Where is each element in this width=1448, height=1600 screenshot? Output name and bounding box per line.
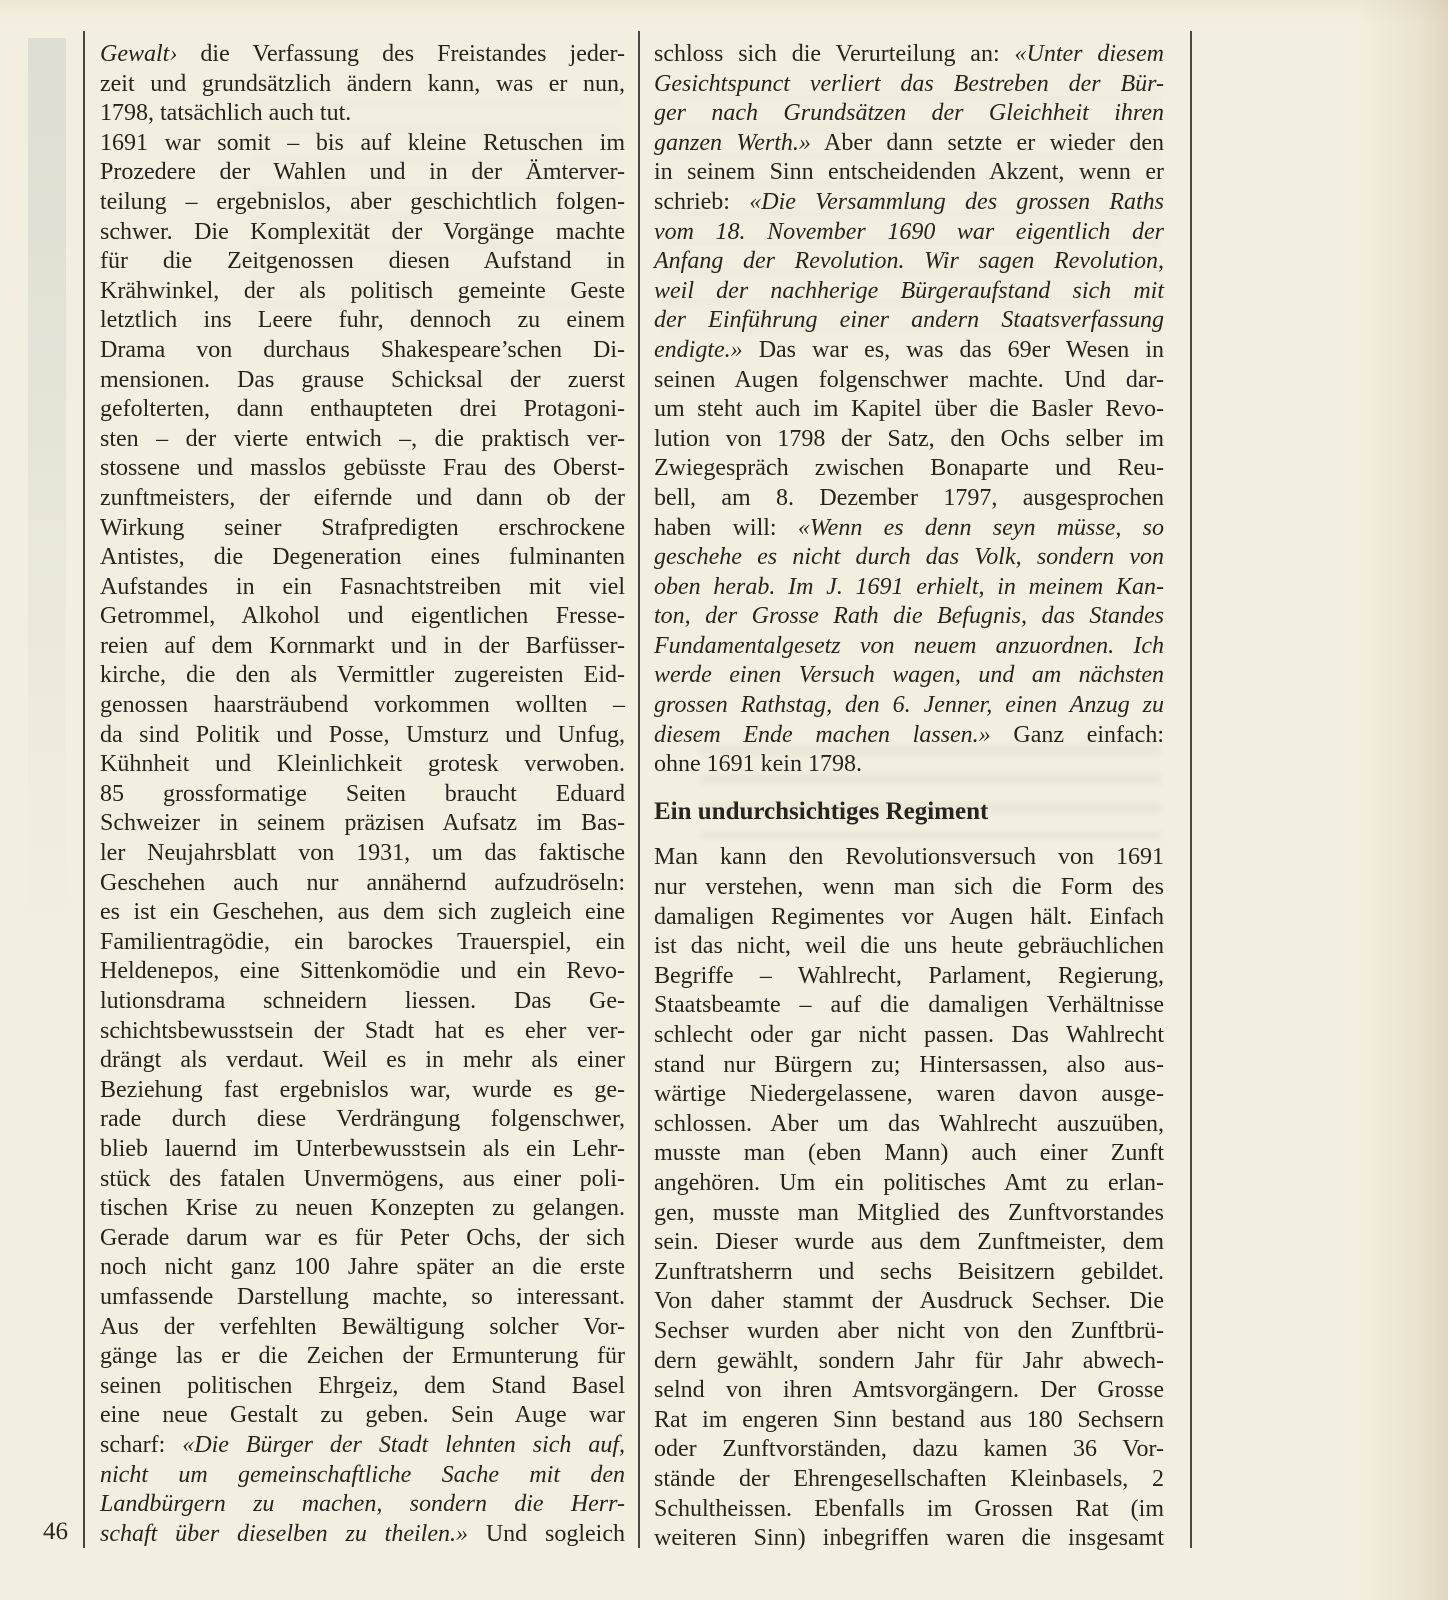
text-line: lution von 1798 der Satz, den Ochs selbe… [654,425,1164,455]
text-line: schlossen. Aber um das Wahlrecht auszuüb… [654,1110,1164,1140]
text-line: stossene und masslos gebüsste Frau des O… [100,454,625,484]
text-line: ger nach Grundsätzen der Gleichheit ihre… [654,99,1164,129]
text-line: seinen politischen Ehrgeiz, dem Stand Ba… [100,1372,625,1402]
text-line: Aus der verfehlten Bewältigung solcher V… [100,1313,625,1343]
text-line: da sind Politik und Posse, Umsturz und U… [100,721,625,751]
text-line: grossen Rathstag, den 6. Jenner, einen A… [654,691,1164,721]
text-line: in seinem Sinn entscheidenden Akzent, we… [654,158,1164,188]
text-line: Gesichtspunct verliert das Bestreben der… [654,70,1164,100]
text-line: nicht um gemeinschaftliche Sache mit den [100,1461,625,1491]
text-line: für die Zeitgenossen diesen Aufstand in [100,247,625,277]
text-line: ganzen Werth.» Aber dann setzte er wiede… [654,129,1164,159]
text-line: ton, der Grosse Rath die Befugnis, das S… [654,602,1164,632]
text-line: diesem Ende machen lassen.» Ganz einfach… [654,721,1164,751]
text-line: ler Neujahrsblatt von 1931, um das fakti… [100,839,625,869]
text-line: ohne 1691 kein 1798. [654,750,1164,780]
text-line: Von daher stammt der Ausdruck Sechser. D… [654,1287,1164,1317]
text-line: es ist ein Geschehen, aus dem sich zugle… [100,898,625,928]
page-number: 46 [18,1517,68,1547]
text-line: lutionsdrama schneidern liessen. Das Ge- [100,987,625,1017]
text-line: gen, musste man Mitglied des Zunftvorsta… [654,1199,1164,1229]
text-line: schichtsbewusstsein der Stadt hat es ehe… [100,1017,625,1047]
left-margin-rule [83,31,85,1548]
text-line: Zunftratsherrn und sechs Beisitzern gebi… [654,1258,1164,1288]
text-line: um steht auch im Kapitel über die Basler… [654,395,1164,425]
text-line: stück des fatalen Unvermögens, aus einer… [100,1165,625,1195]
text-line: angehören. Um ein politisches Amt zu erl… [654,1169,1164,1199]
text-line: scharf: «Die Bürger der Stadt lehnten si… [100,1431,625,1461]
text-line: mensionen. Das grause Schicksal der zuer… [100,366,625,396]
text-line: musste man (eben Mann) auch einer Zunft [654,1139,1164,1169]
section-heading: Ein undurchsichtiges Regiment [654,797,1164,827]
text-line: Schweizer in seinem präzisen Aufsatz im … [100,809,625,839]
text-line: werde einen Versuch wagen, und am nächst… [654,661,1164,691]
text-line: 1691 war somit – bis auf kleine Retusche… [100,129,625,159]
text-line: reien auf dem Kornmarkt und in der Barfü… [100,632,625,662]
text-line: tischen Krise zu neuen Konzepten zu gela… [100,1194,625,1224]
text-line: blieb lauernd im Unterbewusstsein als ei… [100,1135,625,1165]
text-line: gefolterten, dann enthaupteten drei Prot… [100,395,625,425]
page-top-shading [0,0,1448,26]
text-line: sein. Dieser wurde aus dem Zunftmeister,… [654,1228,1164,1258]
text-line: 1798, tatsächlich auch tut. [100,99,625,129]
text-line: drängt als verdaut. Weil es in mehr als … [100,1046,625,1076]
text-line: endigte.» Das war es, was das 69er Wesen… [654,336,1164,366]
text-line: oder Zunftvorständen, dazu kamen 36 Vor- [654,1435,1164,1465]
text-line: Gewalt› die Verfassung des Freistandes j… [100,40,625,70]
text-line: Getrommel, Alkohol und eigentlichen Fres… [100,602,625,632]
scanned-book-page: Gewalt› die Verfassung des Freistandes j… [0,0,1448,1600]
text-line: 85 grossformatige Seiten braucht Eduard [100,780,625,810]
text-line: sten – der vierte entwich –, die praktis… [100,425,625,455]
text-line: seinen Augen folgenschwer machte. Und da… [654,366,1164,396]
text-line: letztlich ins Leere fuhr, dennoch zu ein… [100,306,625,336]
text-line: geschehe es nicht durch das Volk, sonder… [654,543,1164,573]
text-line: noch nicht ganz 100 Jahre später an die … [100,1253,625,1283]
page-edge-shading [1358,0,1448,1600]
text-line: gänge las er die Zeichen der Ermunterung… [100,1342,625,1372]
text-line: Prozedere der Wahlen und in der Ämterver… [100,158,625,188]
text-line: genossen haarsträubend vorkommen wollten… [100,691,625,721]
right-column: schloss sich die Verurteilung an: «Unter… [654,40,1164,1554]
text-line: zunftmeisters, der eifernde und dann ob … [100,484,625,514]
text-line: teilung – ergebnislos, aber geschichtlic… [100,188,625,218]
text-line: vom 18. November 1690 war eigentlich der [654,218,1164,248]
text-line: bell, am 8. Dezember 1797, ausgesprochen [654,484,1164,514]
text-line: Anfang der Revolution. Wir sagen Revolut… [654,247,1164,277]
text-line: Wirkung seiner Strafpredigten erschrocke… [100,514,625,544]
text-line: Heldenepos, eine Sittenkomödie und ein R… [100,957,625,987]
text-line: schrieb: «Die Versammlung des grossen Ra… [654,188,1164,218]
text-line: schlecht oder gar nicht passen. Das Wahl… [654,1021,1164,1051]
text-line: rade durch diese Verdrängung folgenschwe… [100,1105,625,1135]
text-line: umfassende Darstellung machte, so intere… [100,1283,625,1313]
text-line: Begriffe – Wahlrecht, Parlament, Regieru… [654,962,1164,992]
text-line: dern gewählt, sondern Jahr für Jahr abwe… [654,1347,1164,1377]
text-line: Schultheissen. Ebenfalls im Grossen Rat … [654,1495,1164,1525]
text-line: Beziehung fast ergebnislos war, wurde es… [100,1076,625,1106]
show-through-margin-band [28,38,66,948]
text-line: Geschehen auch nur annähernd aufzudrösel… [100,869,625,899]
text-line: haben will: «Wenn es denn seyn müsse, so [654,514,1164,544]
text-line: der Einführung einer andern Staatsverfas… [654,306,1164,336]
left-column: Gewalt› die Verfassung des Freistandes j… [100,40,625,1549]
text-line: schwer. Die Komplexität der Vorgänge mac… [100,218,625,248]
text-line: schaft über dieselben zu theilen.» Und s… [100,1520,625,1550]
text-line: Gerade darum war es für Peter Ochs, der … [100,1224,625,1254]
right-margin-rule [1190,31,1192,1548]
text-line: zeit und grundsätzlich ändern kann, was … [100,70,625,100]
text-line: damaligen Regimentes vor Augen hält. Ein… [654,903,1164,933]
text-line: Zwiegespräch zwischen Bonaparte und Reu- [654,454,1164,484]
text-line: nur verstehen, wenn man sich die Form de… [654,873,1164,903]
text-line: stände der Ehrengesellschaften Kleinbase… [654,1465,1164,1495]
text-line: wärtige Niedergelassene, waren davon aus… [654,1080,1164,1110]
text-line: schloss sich die Verurteilung an: «Unter… [654,40,1164,70]
text-line: weil der nachherige Bürgeraufstand sich … [654,277,1164,307]
text-line: kirche, die den als Vermittler zugereist… [100,661,625,691]
text-line: oben herab. Im J. 1691 erhielt, in meine… [654,573,1164,603]
text-line: Familientragödie, ein barockes Trauerspi… [100,928,625,958]
text-line: selnd von ihren Amtsvorgängern. Der Gros… [654,1376,1164,1406]
text-line: Krähwinkel, der als politisch gemeinte G… [100,277,625,307]
text-line: Aufstandes in ein Fasnachtstreiben mit v… [100,573,625,603]
text-line: Sechser wurden aber nicht von den Zunftb… [654,1317,1164,1347]
text-line: Drama von durchaus Shakespeare’schen Di- [100,336,625,366]
text-line: Fundamentalgesetz von neuem anzuordnen. … [654,632,1164,662]
column-divider-rule [638,31,640,1548]
text-line: Staatsbeamte – auf die damaligen Verhält… [654,991,1164,1021]
text-line: ist das nicht, weil die uns heute gebräu… [654,932,1164,962]
text-line: Landbürgern zu machen, sondern die Herr- [100,1490,625,1520]
text-line: Kühnheit und Kleinlichkeit grotesk verwo… [100,750,625,780]
text-line: Antistes, die Degeneration eines fulmina… [100,543,625,573]
text-line: Rat im engeren Sinn bestand aus 180 Sech… [654,1406,1164,1436]
text-line: weiteren Sinn) inbegriffen waren die ins… [654,1524,1164,1554]
text-line: eine neue Gestalt zu geben. Sein Auge wa… [100,1401,625,1431]
text-line: Man kann den Revolutionsversuch von 1691 [654,843,1164,873]
text-line: stand nur Bürgern zu; Hintersassen, also… [654,1051,1164,1081]
